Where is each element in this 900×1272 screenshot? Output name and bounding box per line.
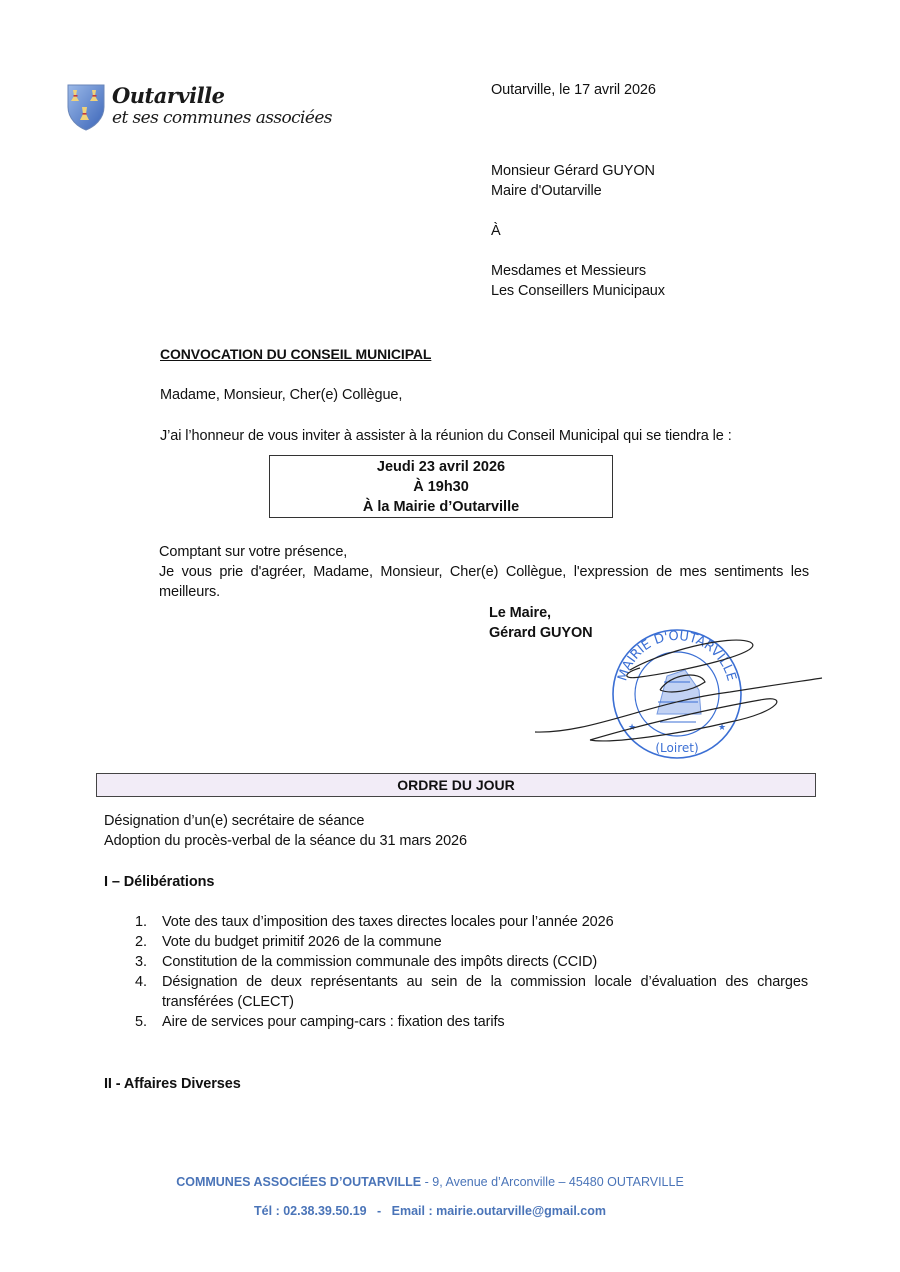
sender-title: Maire d'Outarville — [491, 181, 665, 201]
official-stamp-icon: MAIRIE D'OUTARVILLE (Loiret) ★ ★ — [530, 622, 830, 767]
item-number: 4. — [135, 972, 147, 992]
sender-name: Monsieur Gérard GUYON — [491, 161, 665, 181]
letter-title: CONVOCATION DU CONSEIL MUNICIPAL — [160, 344, 431, 364]
stamp-bottom-text: (Loiret) — [655, 741, 698, 755]
municipal-logo: Outarville et ses communes associées — [66, 83, 326, 135]
section-deliberations-title: I – Délibérations — [104, 872, 214, 892]
agenda-preliminary: Désignation d’un(e) secrétaire de séance… — [104, 811, 467, 851]
agenda-preliminary-item: Adoption du procès-verbal de la séance d… — [104, 831, 467, 851]
footer-separator: - — [367, 1204, 392, 1218]
address-block: Monsieur Gérard GUYON Maire d'Outarville… — [491, 161, 665, 301]
agenda-preliminary-item: Désignation d’un(e) secrétaire de séance — [104, 811, 467, 831]
recipient-line-1: Mesdames et Messieurs — [491, 261, 665, 281]
meeting-place: À la Mairie d’Outarville — [270, 497, 612, 517]
closing-line-1: Comptant sur votre présence, — [159, 542, 809, 562]
list-item: 5.Aire de services pour camping-cars : f… — [135, 1012, 808, 1032]
list-item: 3.Constitution de la commission communal… — [135, 952, 808, 972]
footer-address: COMMUNES ASSOCIÉES D’OUTARVILLE - 9, Ave… — [0, 1175, 860, 1189]
list-item: 2.Vote du budget primitif 2026 de la com… — [135, 932, 808, 952]
item-number: 1. — [135, 912, 147, 932]
logo-subtitle: et ses communes associées — [112, 108, 332, 128]
item-text: Vote des taux d’imposition des taxes dir… — [162, 912, 808, 932]
item-text: Aire de services pour camping-cars : fix… — [162, 1012, 808, 1032]
item-number: 5. — [135, 1012, 147, 1032]
salutation: Madame, Monsieur, Cher(e) Collègue, — [160, 385, 402, 405]
footer-contact: Tél : 02.38.39.50.19 - Email : mairie.ou… — [0, 1204, 860, 1218]
footer-phone: Tél : 02.38.39.50.19 — [254, 1204, 367, 1218]
item-text: Constitution de la commission communale … — [162, 952, 808, 972]
logo-title: Outarville — [112, 83, 224, 108]
item-text: Vote du budget primitif 2026 de la commu… — [162, 932, 808, 952]
list-item: 4.Désignation de deux représentants au s… — [135, 972, 808, 1012]
coat-of-arms-icon — [66, 83, 106, 131]
meeting-details-box: Jeudi 23 avril 2026 À 19h30 À la Mairie … — [269, 455, 613, 518]
recipient-line-2: Les Conseillers Municipaux — [491, 281, 665, 301]
to-word: À — [491, 221, 665, 241]
section-misc-title: II - Affaires Diverses — [104, 1074, 241, 1094]
meeting-time: À 19h30 — [270, 477, 612, 497]
agenda-heading-bar: ORDRE DU JOUR — [96, 773, 816, 797]
item-number: 2. — [135, 932, 147, 952]
place-date: Outarville, le 17 avril 2026 — [491, 80, 656, 100]
footer-org: COMMUNES ASSOCIÉES D’OUTARVILLE — [176, 1175, 421, 1189]
item-number: 3. — [135, 952, 147, 972]
footer-email[interactable]: Email : mairie.outarville@gmail.com — [392, 1204, 606, 1218]
item-text: Désignation de deux représentants au sei… — [162, 972, 808, 1012]
signatory-role: Le Maire, — [489, 603, 593, 623]
closing-line-2: Je vous prie d'agréer, Madame, Monsieur,… — [159, 562, 809, 602]
invitation-text: J’ai l’honneur de vous inviter à assiste… — [160, 426, 732, 446]
footer-street: - 9, Avenue d’Arconville – 45480 OUTARVI… — [421, 1175, 684, 1189]
closing-paragraph: Comptant sur votre présence, Je vous pri… — [159, 542, 809, 602]
deliberations-list: 1.Vote des taux d’imposition des taxes d… — [135, 912, 808, 1032]
meeting-date: Jeudi 23 avril 2026 — [270, 457, 612, 477]
list-item: 1.Vote des taux d’imposition des taxes d… — [135, 912, 808, 932]
